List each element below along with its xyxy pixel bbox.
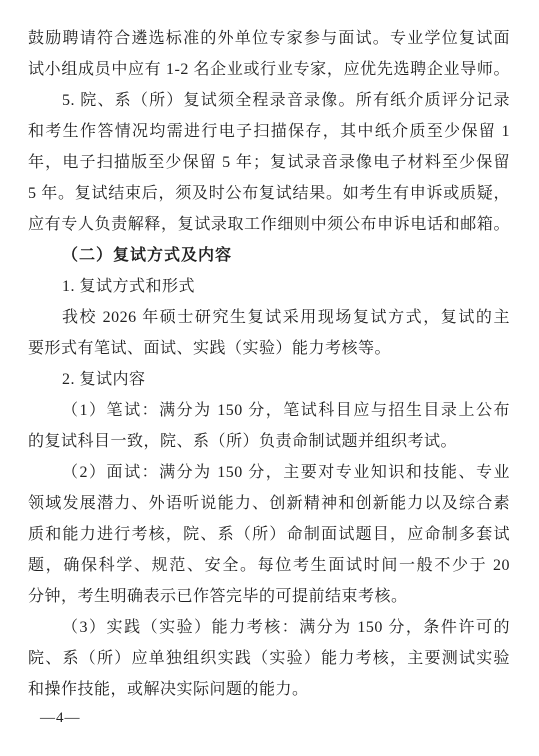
text-line: 鼓励聘请符合遴选标准的外单位专家参与面试。专业学位复试面 bbox=[28, 23, 510, 54]
text-line: 和考生作答情况均需进行电子扫描保存，其中纸介质至少保留 1 bbox=[28, 116, 510, 147]
text-line: 1. 复试方式和形式 bbox=[28, 271, 510, 302]
text-line: 质和能力进行考核，院、系（所）命制面试题目，应命制多套试 bbox=[28, 519, 510, 550]
document-page: 鼓励聘请符合遴选标准的外单位专家参与面试。专业学位复试面 试小组成员中应有 1-… bbox=[28, 23, 510, 705]
text-line: （1）笔试：满分为 150 分，笔试科目应与招生目录上公布 bbox=[28, 395, 510, 426]
text-line: 领域发展潜力、外语听说能力、创新精神和创新能力以及综合素 bbox=[28, 488, 510, 519]
text-line: 的复试科目一致，院、系（所）负责命制试题并组织考试。 bbox=[28, 426, 510, 457]
text-line: （2）面试：满分为 150 分，主要对专业知识和技能、专业 bbox=[28, 457, 510, 488]
text-line: 5 年。复试结束后，须及时公布复试结果。如考生有申诉或质疑， bbox=[28, 178, 510, 209]
text-line: 我校 2026 年硕士研究生复试采用现场复试方式，复试的主 bbox=[28, 302, 510, 333]
text-line: 应有专人负责解释，复试录取工作细则中须公布申诉电话和邮箱。 bbox=[28, 209, 510, 240]
text-line: 要形式有笔试、面试、实践（实验）能力考核等。 bbox=[28, 333, 510, 364]
text-line: 和操作技能，或解决实际问题的能力。 bbox=[28, 674, 510, 705]
text-line: 2. 复试内容 bbox=[28, 364, 510, 395]
page-number: —4— bbox=[28, 703, 522, 733]
text-line: 试小组成员中应有 1-2 名企业或行业专家，应优先选聘企业导师。 bbox=[28, 54, 510, 85]
text-line: 院、系（所）应单独组织实践（实验）能力考核，主要测试实验 bbox=[28, 643, 510, 674]
section-heading-line: （二）复试方式及内容 bbox=[28, 240, 510, 271]
text-line: 年，电子扫描版至少保留 5 年；复试录音录像电子材料至少保留 bbox=[28, 147, 510, 178]
text-line: 题，确保科学、规范、安全。每位考生面试时间一般不少于 20 bbox=[28, 550, 510, 581]
text-line: （3）实践（实验）能力考核：满分为 150 分，条件许可的 bbox=[28, 612, 510, 643]
text-line: 分钟，考生明确表示已作答完毕的可提前结束考核。 bbox=[28, 581, 510, 612]
text-line: 5. 院、系（所）复试须全程录音录像。所有纸介质评分记录 bbox=[28, 85, 510, 116]
